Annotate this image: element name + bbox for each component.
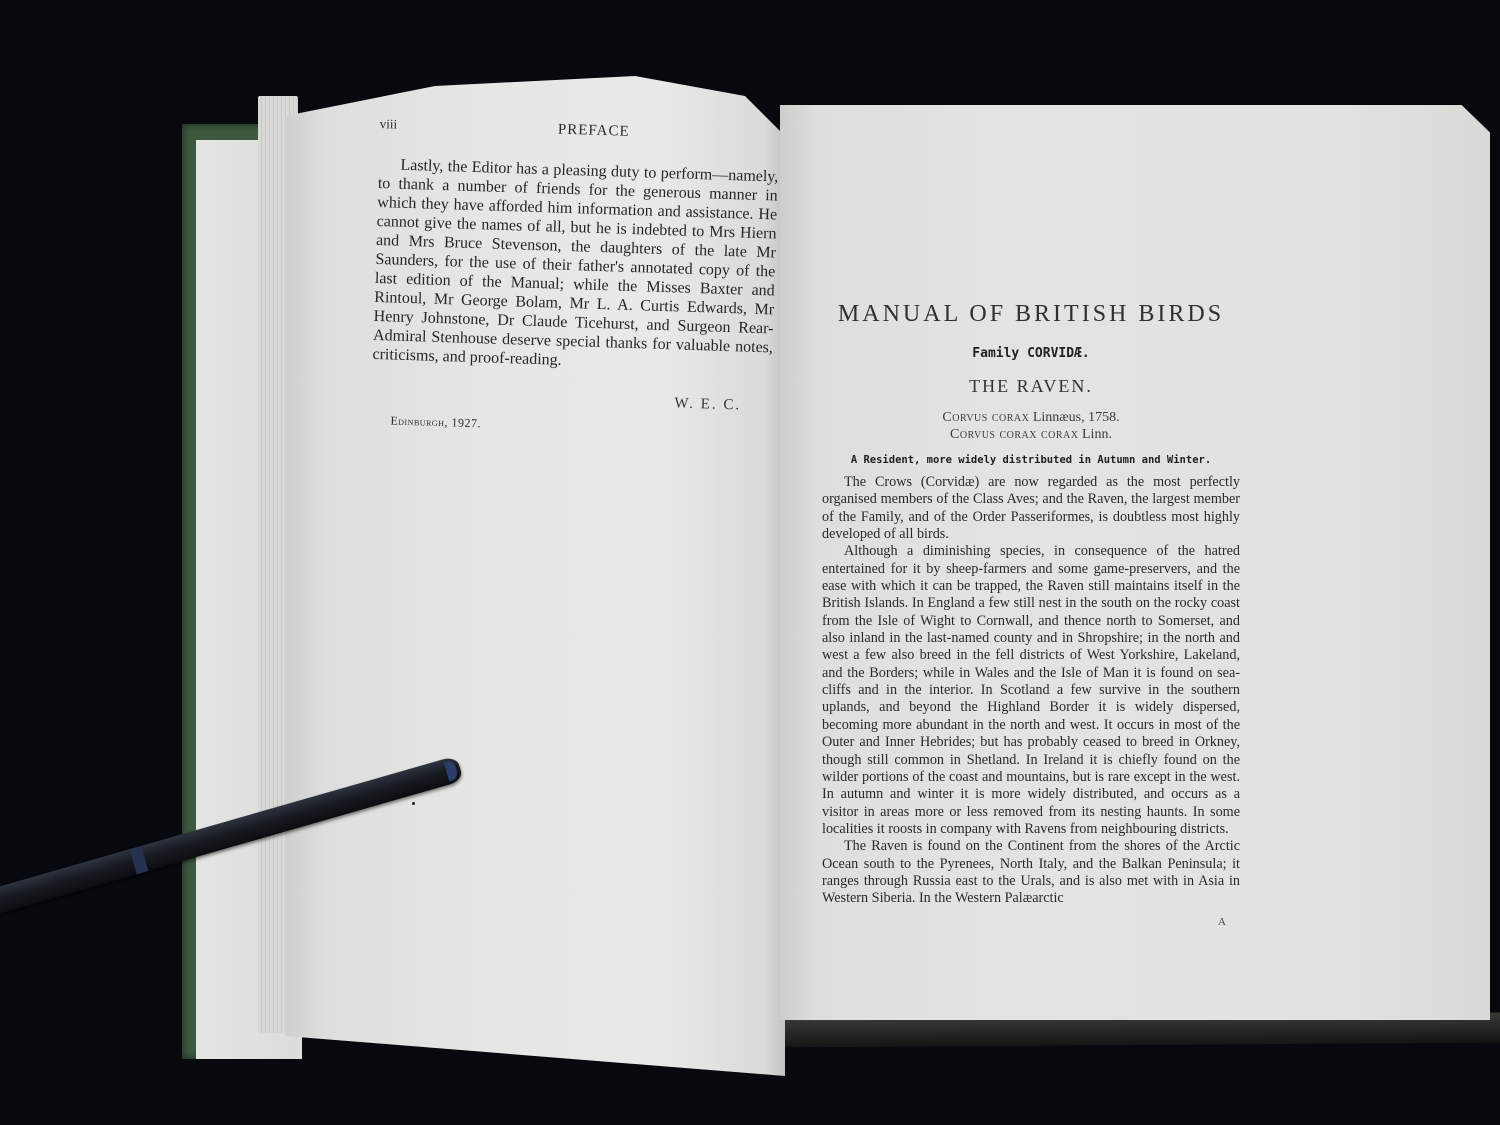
scientific-name: Corvus corax corax Linn. [822, 426, 1240, 443]
paragraph: The Crows (Corvidæ) are now regarded as … [822, 474, 1240, 543]
family-heading: Family CORVIDÆ. [822, 346, 1240, 361]
paragraph: The Raven is found on the Continent from… [822, 838, 1240, 907]
photo-scene: viii PREFACE Lastly, the Editor has a pl… [0, 0, 1500, 1125]
running-head-title: PREFACE [558, 122, 630, 141]
status-line: A Resident, more widely distributed in A… [822, 454, 1240, 466]
place-date: Edinburgh, 1927. [370, 413, 770, 441]
right-page-chapter: MANUAL OF BRITISH BIRDS Family CORVIDÆ. … [780, 105, 1490, 1020]
species-heading: THE RAVEN. [822, 376, 1240, 397]
signature-mark: A [822, 916, 1240, 928]
ink-speck [412, 802, 415, 805]
signature-initials: W. E. C. [371, 386, 771, 416]
left-page-preface: viii PREFACE Lastly, the Editor has a pl… [285, 76, 785, 1076]
paragraph: Although a diminishing species, in conse… [822, 543, 1240, 838]
scientific-name: Corvus corax Linnæus, 1758. [822, 409, 1240, 426]
page-number: viii [379, 116, 397, 133]
body-text: The Crows (Corvidæ) are now regarded as … [822, 474, 1240, 908]
running-head: viii PREFACE [379, 116, 779, 146]
book-title: MANUAL OF BRITISH BIRDS [822, 301, 1240, 328]
preface-paragraph: Lastly, the Editor has a pleasing duty t… [372, 155, 778, 376]
